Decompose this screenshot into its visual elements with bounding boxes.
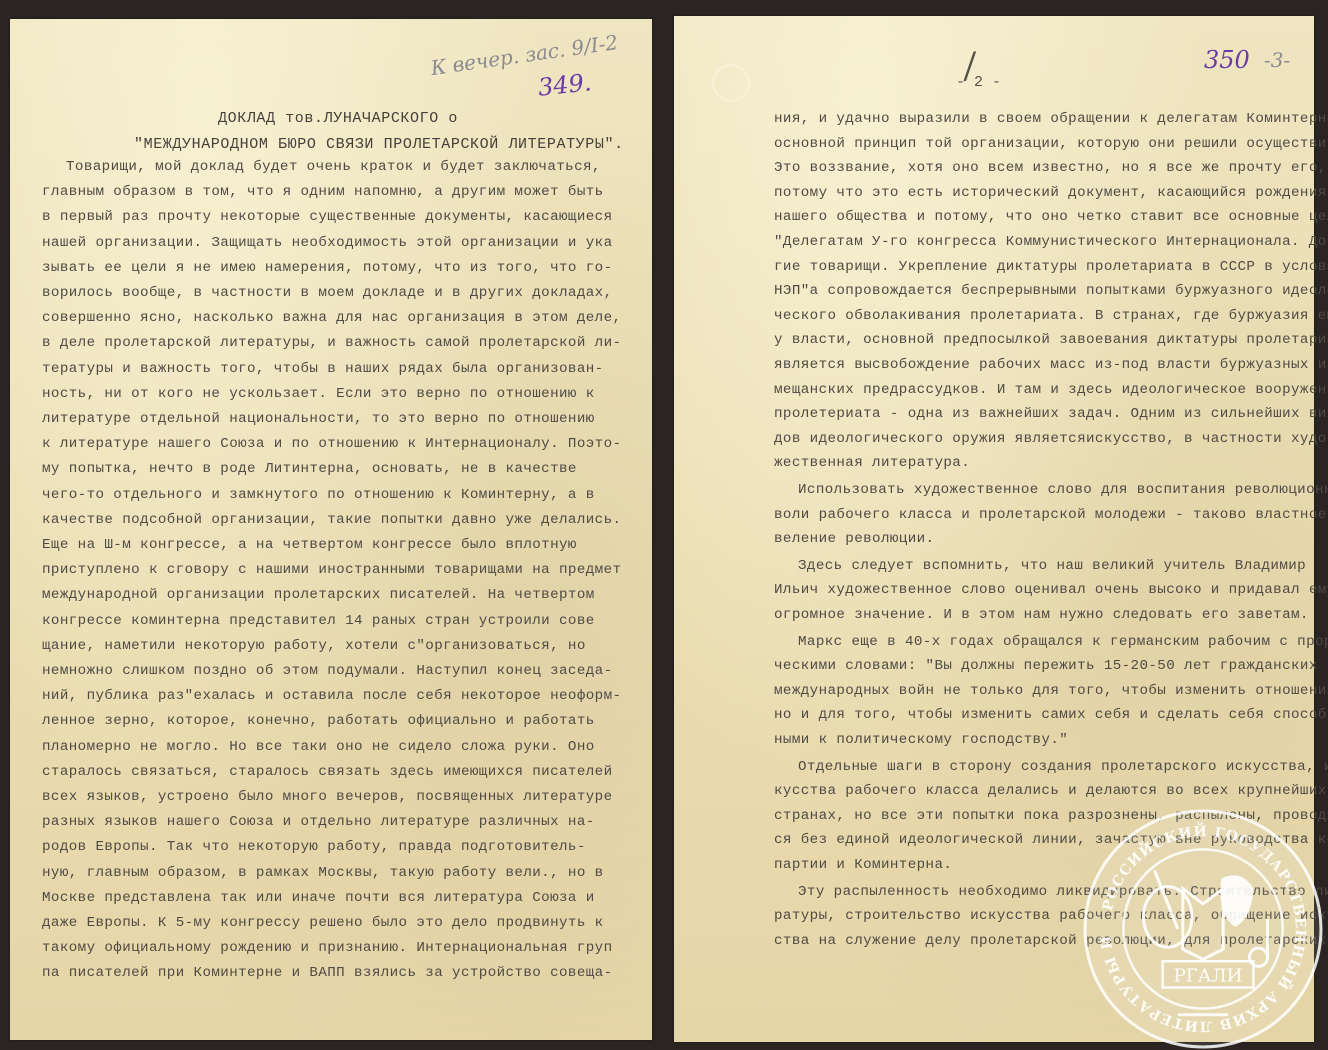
text-line: мещанских предрассудков. И там и здесь и… [774, 382, 1328, 398]
text-line: ность, ни от кого не ускользает. Если эт… [42, 386, 595, 402]
handwritten-note: К вечер. зас. 9/I-2 [429, 30, 619, 80]
text-line: жественная литература. [774, 455, 970, 471]
text-line: Это воззвание, хотя оно всем известно, н… [774, 160, 1327, 176]
text-line: Товарищи, мой доклад будет очень краток … [66, 159, 601, 175]
text-line: ворилось вообще, в частности в моем докл… [42, 285, 613, 301]
text-line: НЭП"а сопровождается беспрерывными попыт… [774, 283, 1328, 299]
watermark-emblem-icon [712, 64, 750, 102]
text-line: дов идеологического оружия являетсяискус… [774, 431, 1328, 447]
text-line: но и для того, чтобы изменить самих себя… [774, 707, 1328, 723]
text-line: родов Европы. Так что некоторую работу, … [42, 839, 586, 855]
text-line: всех языков, устроено было много вечеров… [42, 789, 613, 805]
text-line: международной организации пролетарских п… [42, 587, 595, 603]
folio-number: 350 [1204, 46, 1250, 74]
text-line: ными к политическому господству." [774, 732, 1068, 748]
text-line: веление революции. [774, 531, 934, 547]
document-title-line-2: "МЕЖДУНАРОДНОМ БЮРО СВЯЗИ ПРОЛЕТАРСКОЙ Л… [134, 136, 624, 153]
text-line: ческого обволакивания пролетариата. В ст… [774, 308, 1328, 324]
text-line: партии и Коминтерна. [774, 857, 952, 873]
text-line: пролетериата - одна из важнейших задач. … [774, 406, 1328, 422]
page-number: - 2 - [956, 74, 1001, 91]
text-line: Использовать художественное слово для во… [798, 482, 1328, 498]
text-line: даже Европы. К 5-му конгрессу решено был… [42, 915, 604, 931]
text-line: Ильич художественное слово оценивал очен… [774, 582, 1328, 598]
text-line: основной принцип той организации, котору… [774, 136, 1328, 152]
text-line: Москве представлена так или иначе почти … [42, 890, 595, 906]
text-line: конгрессе коминтерна представител 14 ран… [42, 613, 595, 629]
text-line: разных языков нашего Союза и отдельно ли… [42, 814, 595, 830]
text-line: приступлено к сговору с нашими иностранн… [42, 562, 621, 578]
text-line: в первый раз прочту некоторые существенн… [42, 209, 613, 225]
text-line: к литературе нашего Союза и по отношению… [42, 436, 621, 452]
folio-note: -3- [1264, 48, 1290, 72]
text-line: является высвобождение рабочих масс из-п… [774, 357, 1327, 373]
text-line: огромное значение. И в этом нам нужно сл… [774, 607, 1309, 623]
text-line: Отдельные шаги в сторону создания пролет… [798, 759, 1328, 775]
archive-stamp: РОССИЙСКИЙ ГОСУДАРСТВЕННЫЙ АРХИВ ЛИТЕРАТ… [1082, 808, 1324, 1050]
text-line: па писателей при Коминтерне и ВАПП взяли… [42, 965, 613, 981]
text-line: нашего общества и потому, что оно четко … [774, 209, 1328, 225]
text-line: воли рабочего класса и пролетарской моло… [774, 507, 1327, 523]
text-line: ленное зерно, которое, конечно, работать… [42, 713, 595, 729]
text-line: щание, наметили некоторую работу, хотели… [42, 638, 586, 654]
text-line: ную, главным образом, в рамках Москвы, т… [42, 865, 604, 881]
stamp-abbreviation: РГАЛИ [1174, 965, 1243, 986]
text-line: ний, публика раз"ехалась и оставила посл… [42, 688, 621, 704]
text-line: качестве подсобной организации, такие по… [42, 512, 621, 528]
text-line: немножно слишком поздно об этом подумали… [42, 663, 613, 679]
text-line: гие товарищи. Укрепление диктатуры проле… [774, 259, 1328, 275]
text-line: му попытка, нечто в роде Литинтерна, осн… [42, 461, 577, 477]
text-line: Маркс еще в 40-х годах обращался к герма… [798, 634, 1328, 650]
text-line: ния, и удачно выразили в своем обращении… [774, 111, 1328, 127]
folio-number: 349. [537, 68, 593, 101]
text-line: чего-то отдельного и замкнутого по отнош… [42, 487, 595, 503]
text-line: такому официальному рождению и признанию… [42, 940, 613, 956]
text-line: у власти, основной предпосылкой завоеван… [774, 332, 1328, 348]
text-line: литературе отдельной национальности, то … [42, 411, 595, 427]
document-title-line-1: ДОКЛАД тов.ЛУНАЧАРСКОГО о [218, 110, 458, 127]
text-line: кусства рабочего класса делались и делаю… [774, 783, 1327, 799]
text-line: главным образом в том, что я одним напом… [42, 184, 604, 200]
text-line: ческими словами: "Вы должны пережить 15-… [774, 658, 1328, 674]
text-line: Еще на Ш-м конгрессе, а на четвертом кон… [42, 537, 577, 553]
text-line: зывать ее цели я не имею намерения, пото… [42, 260, 613, 276]
text-line: нашей организации. Защищать необходимост… [42, 235, 613, 251]
text-line: в деле пролетарской литературы, и важнос… [42, 335, 621, 351]
text-line: потому что это есть исторический докумен… [774, 185, 1327, 201]
rgali-seal-icon: РОССИЙСКИЙ ГОСУДАРСТВЕННЫЙ АРХИВ ЛИТЕРАТ… [1082, 808, 1324, 1050]
text-line: старалось связаться, старалось связать з… [42, 764, 613, 780]
text-line: международных войн не только для того, ч… [774, 683, 1328, 699]
text-line: планомерно не могло. Но все таки оно не … [42, 739, 595, 755]
text-line: Здесь следует вспомнить, что наш великий… [798, 558, 1306, 574]
text-line: тературы и важность того, чтобы в наших … [42, 361, 604, 377]
text-line: "Делегатам У-го конгресса Коммунистическ… [774, 234, 1328, 250]
document-page-left: К вечер. зас. 9/I-2 349. ДОКЛАД тов.ЛУНА… [10, 19, 652, 1040]
text-line: совершенно ясно, насколько важна для нас… [42, 310, 621, 326]
